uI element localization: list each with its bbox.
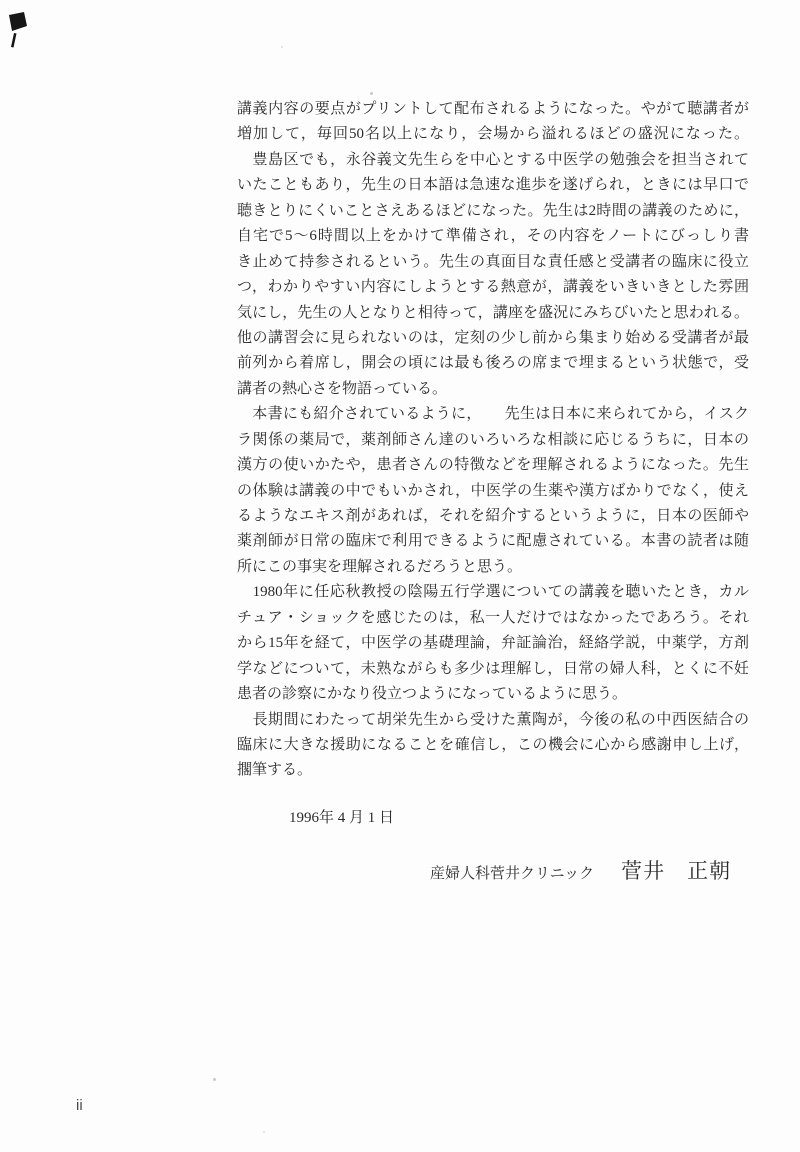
scanned-page: 講義内容の要点がプリントして配布されるようになった。やがて聴講者が増加して，毎回… xyxy=(0,0,800,1152)
body-text-block: 講義内容の要点がプリントして配布されるようになった。やがて聴講者が増加して，毎回… xyxy=(237,97,749,784)
scan-speck xyxy=(213,1078,216,1081)
body-line: 所にこの事実を理解されるだろうと思う。 xyxy=(237,555,749,580)
body-line: ラ関係の薬局で，薬剤師さん達のいろいろな相談に応じるうちに，日本の xyxy=(237,428,749,453)
body-line: るようなエキス剤があれば，それを紹介するというように，日本の医師や xyxy=(237,504,749,529)
body-line: 患者の診察にかなり役立つようになっているように思う。 xyxy=(237,682,749,707)
body-line: つ，わかりやすい内容にしようとする熱意が，講義をいきいきとした雰囲 xyxy=(237,275,749,300)
body-line: 増加して，毎回50名以上になり，会場から溢れるほどの盛況になった。 xyxy=(237,122,749,147)
body-line: 気にし，先生の人となりと相待って，講座を盛況にみちびいたと思われる。 xyxy=(237,301,749,326)
corner-scan-mark xyxy=(8,12,32,52)
body-line: 自宅で5～6時間以上をかけて準備され，その内容をノートにびっしり書 xyxy=(237,224,749,249)
body-line: 擱筆する。 xyxy=(237,758,749,783)
body-line: 1980年に任応秋教授の陰陽五行学選についての講義を聴いたとき，カル xyxy=(237,580,749,605)
scan-speck xyxy=(370,92,373,95)
body-line: 漢方の使いかたや，患者さんの特徴などを理解されるようになった。先生 xyxy=(237,453,749,478)
body-line: いたこともあり，先生の日本語は急速な進歩を遂げられ，ときには早口で xyxy=(237,173,749,198)
body-line: 学などについて，未熟ながらも多少は理解し，日常の婦人科，とくに不妊 xyxy=(237,657,749,682)
scan-speck xyxy=(281,46,283,48)
body-line: き止めて持参されるという。先生の真面目な責任感と受講者の臨床に役立 xyxy=(237,250,749,275)
body-line: 前列から着席し，開会の頃には最も後ろの席まで埋まるという状態で，受 xyxy=(237,351,749,376)
body-line: 臨床に大きな援助になることを確信し，この機会に心から感謝申し上げ， xyxy=(237,733,749,758)
body-line: の体験は講義の中でもいかされ，中医学の生薬や漢方ばかりでなく，使え xyxy=(237,479,749,504)
body-line: 講義内容の要点がプリントして配布されるようになった。やがて聴講者が xyxy=(237,97,749,122)
body-line: 本書にも紹介されているように， 先生は日本に来られてから，イスク xyxy=(237,402,749,427)
body-line: 聴きとりにくいことさえあるほどになった。先生は2時間の講義のために， xyxy=(237,199,749,224)
body-line: 他の講習会に見られないのは，定刻の少し前から集まり始める受講者が最 xyxy=(237,326,749,351)
scan-speck xyxy=(263,1131,265,1133)
signature-author-name: 菅井 正朝 xyxy=(621,855,731,885)
body-line: 豊島区でも，永谷義文先生らを中心とする中医学の勉強会を担当されて xyxy=(237,148,749,173)
body-line: 長期間にわたって胡栄先生から受けた薫陶が，今後の私の中西医結合の xyxy=(237,708,749,733)
signature-affiliation: 産婦人科菅井クリニック xyxy=(430,862,594,883)
body-line: チュア・ショックを感じたのは，私一人だけではなかったであろう。それ xyxy=(237,606,749,631)
body-line: 講者の熱心さを物語っている。 xyxy=(237,377,749,402)
date-line: 1996年 4 月 1 日 xyxy=(289,806,394,831)
page-number: ii xyxy=(76,1097,83,1114)
signature-line: 産婦人科菅井クリニック 菅井 正朝 xyxy=(430,855,731,885)
body-line: 薬剤師が日常の臨床で利用できるように配慮されている。本書の読者は随 xyxy=(237,529,749,554)
body-line: から15年を経て，中医学の基礎理論，弁証論治，経絡学説，中薬学，方剤 xyxy=(237,631,749,656)
